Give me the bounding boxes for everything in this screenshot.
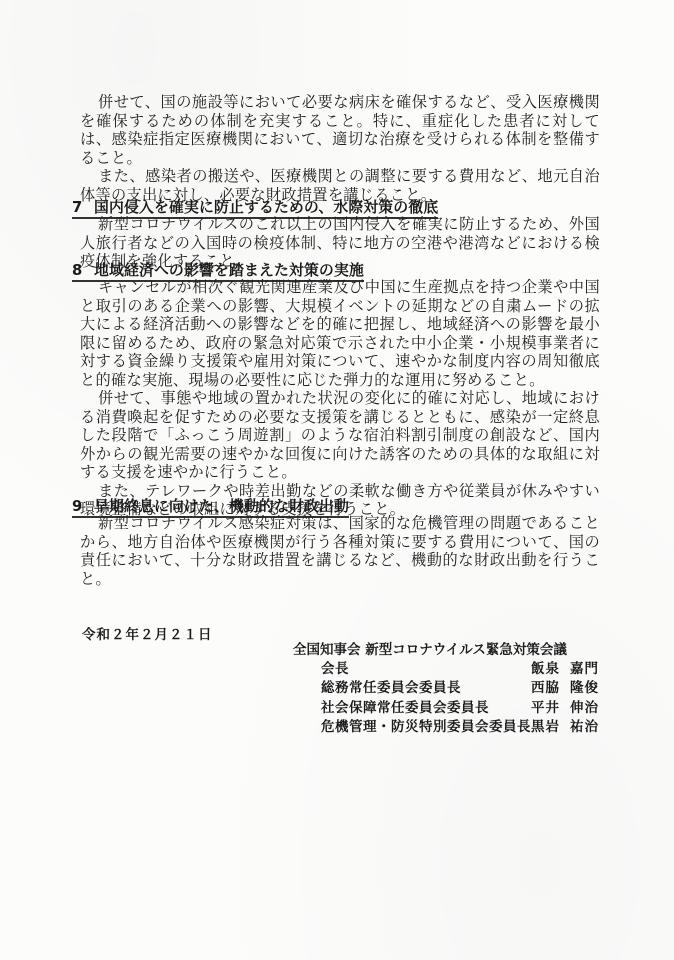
signature-member-row: 危機管理・防災特別委員会委員長 黒岩 祐治: [293, 718, 567, 737]
section-body-8: キャンセルが相次ぐ観光関連産業及び中国に生産拠点を持つ企業や中国と取引のある企業…: [80, 278, 600, 519]
paragraph: 新型コロナウイルス感染症対策は、国家的な危機管理の問題であることから、地方自治体…: [80, 514, 600, 588]
section-title: 地域経済への影響を踏まえた対策の実施: [94, 262, 364, 279]
member-surname: 平井: [531, 699, 560, 718]
member-given-name: 伸治: [570, 699, 599, 718]
member-given-name: 隆俊: [570, 679, 599, 698]
member-title: 危機管理・防災特別委員会委員長: [321, 718, 531, 737]
member-title: 社会保障常任委員会委員長: [321, 699, 489, 718]
section-body-9: 新型コロナウイルス感染症対策は、国家的な危機管理の問題であることから、地方自治体…: [80, 514, 600, 588]
member-surname: 西脇: [531, 679, 560, 698]
member-surname: 黒岩: [531, 718, 560, 737]
section-title: 国内侵入を確実に防止するための、水際対策の徹底: [94, 199, 438, 216]
member-surname: 飯泉: [531, 660, 560, 679]
member-title: 総務常任委員会委員長: [321, 679, 461, 698]
signature-organization: 全国知事会 新型コロナウイルス緊急対策会議: [293, 640, 567, 660]
intro-section: 併せて、国の施設等において必要な病床を確保するなど、受入医療機関を確保するための…: [80, 93, 600, 204]
signature-block: 全国知事会 新型コロナウイルス緊急対策会議 会長 飯泉 嘉門 総務常任委員会委員…: [293, 640, 567, 737]
scanned-document-page: 併せて、国の施設等において必要な病床を確保するなど、受入医療機関を確保するための…: [0, 0, 674, 960]
member-title: 会長: [321, 660, 349, 679]
document-date: 令和２年２月２１日: [82, 623, 213, 643]
signature-member-row: 会長 飯泉 嘉門: [293, 660, 567, 679]
paragraph: キャンセルが相次ぐ観光関連産業及び中国に生産拠点を持つ企業や中国と取引のある企業…: [80, 278, 600, 389]
member-given-name: 祐治: [570, 718, 599, 737]
paragraph: 併せて、事態や地域の置かれた状況の変化に的確に対応し、地域における消費喚起を促す…: [80, 389, 600, 482]
section-title: 早期終息に向けた、機動的な財政出動: [94, 498, 349, 515]
member-given-name: 嘉門: [570, 660, 599, 679]
signature-member-row: 総務常任委員会委員長 西脇 隆俊: [293, 679, 567, 698]
paragraph: 併せて、国の施設等において必要な病床を確保するなど、受入医療機関を確保するための…: [80, 93, 600, 167]
signature-member-row: 社会保障常任委員会委員長 平井 伸治: [293, 699, 567, 718]
